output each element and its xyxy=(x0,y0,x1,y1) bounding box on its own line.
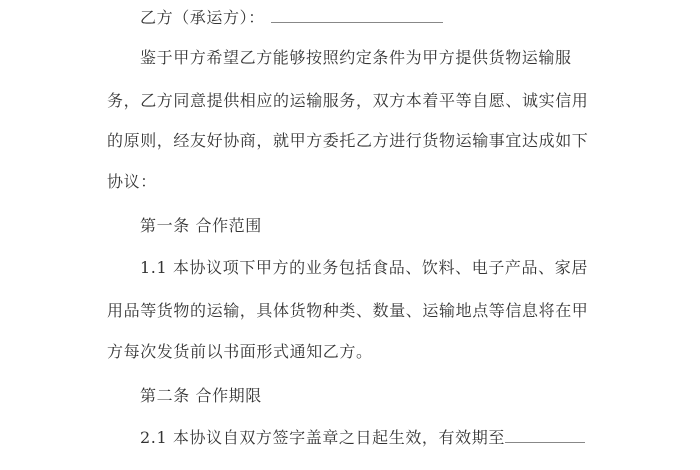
clause-2-1-text: 2.1 本协议自双方签字盖章之日起生效，有效期至 xyxy=(140,428,505,447)
clause-1-1-line-2: 用品等货物的运输，具体货物种类、数量、运输地点等信息将在甲 xyxy=(107,301,588,321)
preamble-line-2: 务，乙方同意提供相应的运输服务，双方本着平等自愿、诚实信用 xyxy=(107,91,588,111)
party-b-blank-field[interactable] xyxy=(271,8,443,23)
clause-1-1-line-1: 1.1 本协议项下甲方的业务包括食品、饮料、电子产品、家居 xyxy=(140,258,588,278)
validity-period-blank-field[interactable] xyxy=(505,428,585,443)
clause-1-1-line-3: 方每次发货前以书面形式通知乙方。 xyxy=(107,342,373,362)
party-b-label: 乙方（承运方）： xyxy=(140,8,265,27)
preamble-line-4: 协议： xyxy=(107,172,157,192)
preamble-line-3: 的原则，经友好协商，就甲方委托乙方进行货物运输事宜达成如下 xyxy=(107,131,588,151)
article-1-heading: 第一条 合作范围 xyxy=(140,216,262,236)
article-2-heading: 第二条 合作期限 xyxy=(140,386,262,406)
clause-2-1-line: 2.1 本协议自双方签字盖章之日起生效，有效期至 xyxy=(140,428,585,448)
preamble-line-1: 鉴于甲方希望乙方能够按照约定条件为甲方提供货物运输服 xyxy=(140,48,572,68)
party-b-line: 乙方（承运方）： xyxy=(140,8,443,28)
